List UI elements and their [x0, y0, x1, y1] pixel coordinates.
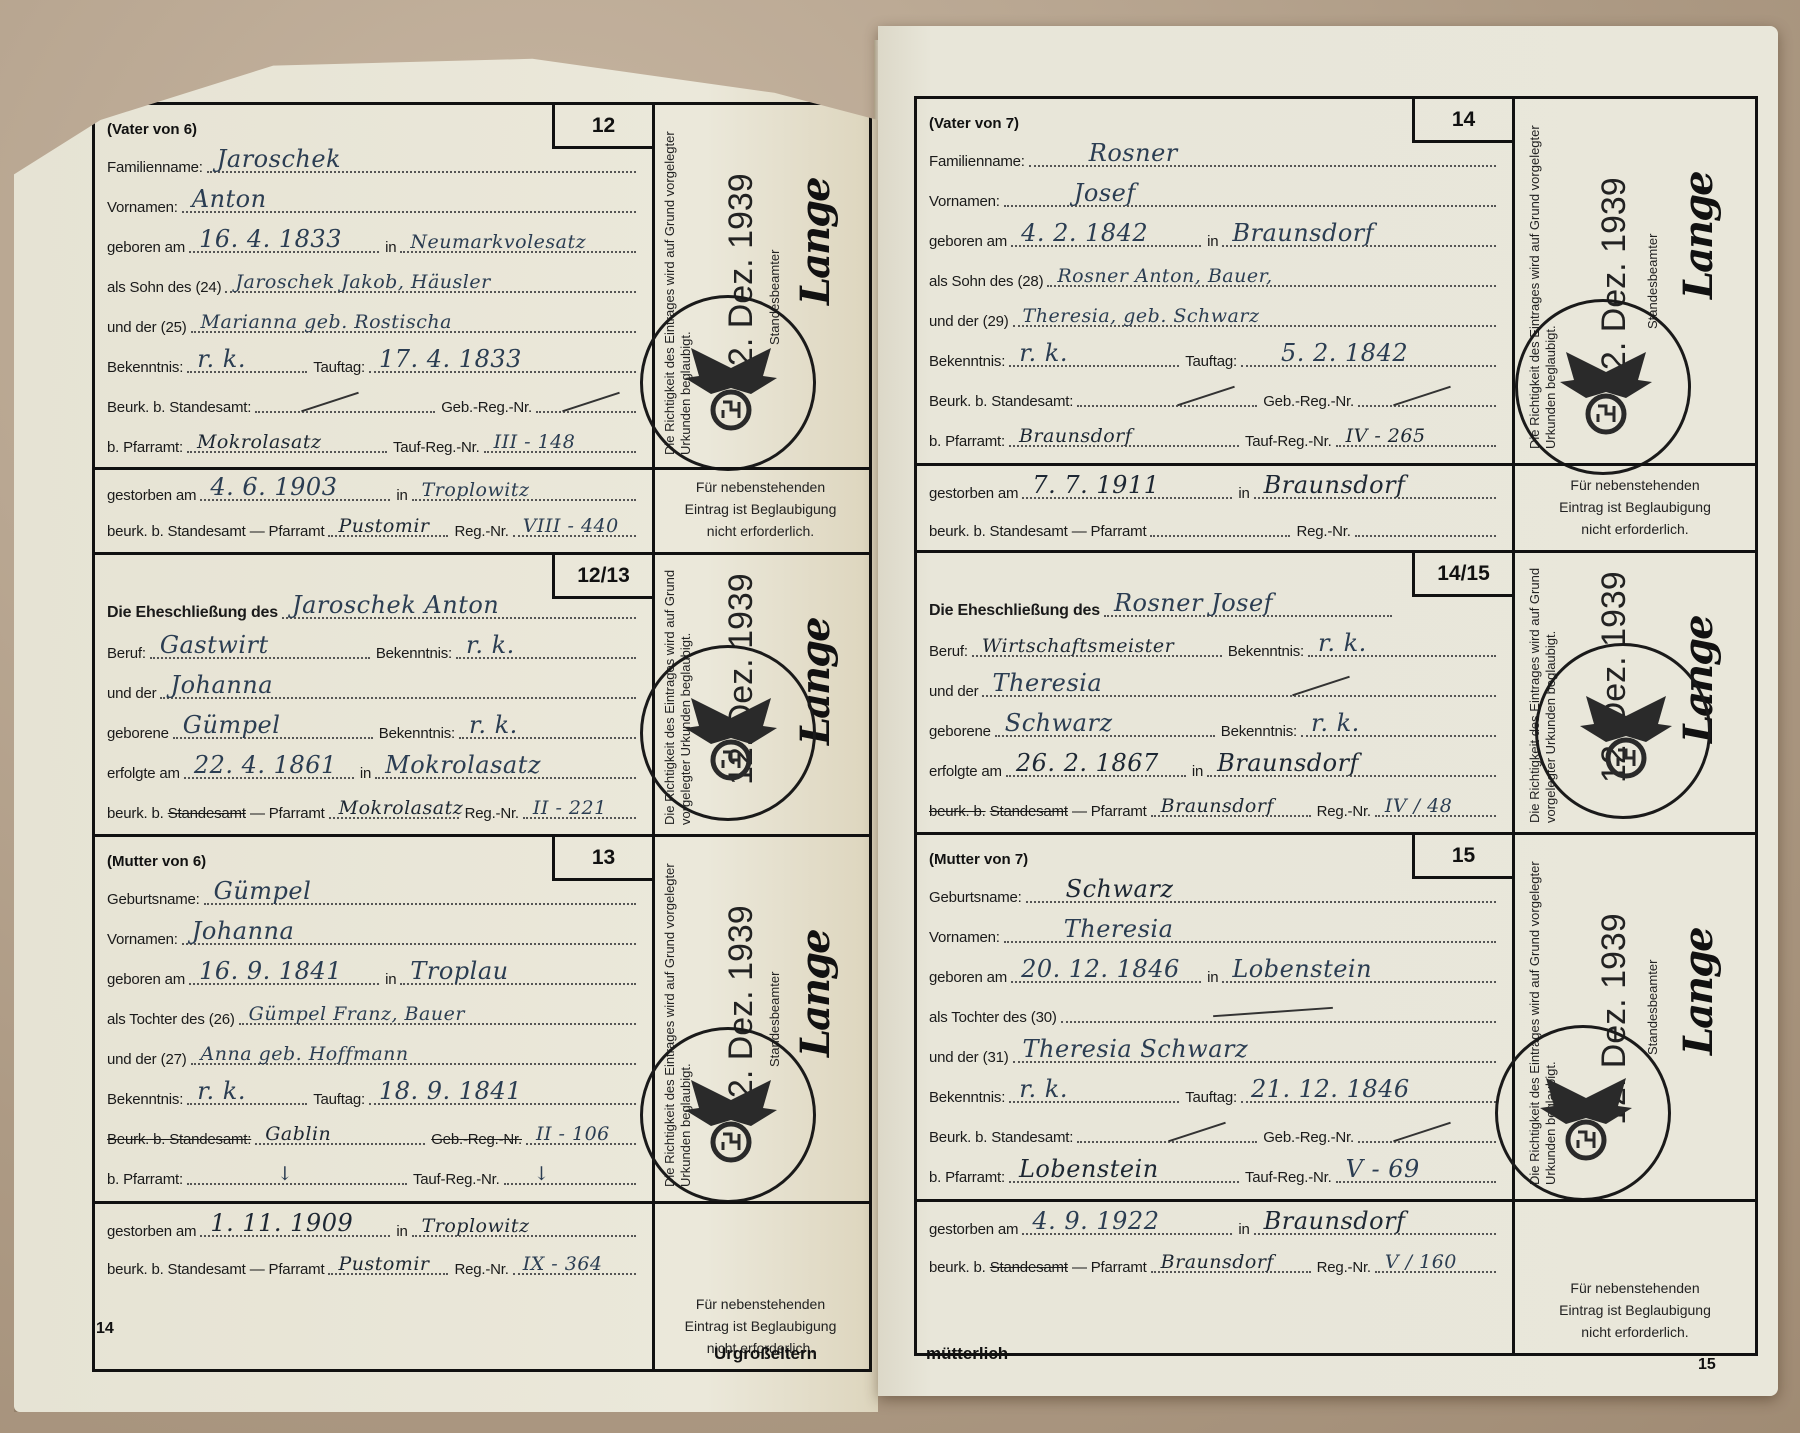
label: Tauftag: [313, 1091, 365, 1111]
handwritten-value: r. k. [197, 1077, 246, 1105]
field-line: Rosner Anton, Bauer, [1047, 263, 1496, 287]
handwritten-value: ↓ [534, 1163, 550, 1185]
blank-dash [1292, 676, 1350, 696]
label: Beruf: [929, 643, 968, 663]
form-right: 14 (Vater von 7) Familienname: Rosner Vo… [914, 96, 1758, 1356]
handwritten-value: 1. 11. 1909 [210, 1209, 353, 1237]
field-line: r. k. [187, 1081, 307, 1105]
handwritten-value: Josef [1074, 179, 1136, 207]
handwritten-value: Braunsdorf [1019, 425, 1132, 447]
handwritten-value: Troplowitz [422, 479, 530, 501]
label: Bekenntnis: [929, 353, 1005, 373]
field-line: Anton [182, 189, 636, 213]
handwritten-value: III - 148 [494, 431, 576, 453]
divider [652, 1201, 869, 1204]
label: in [396, 487, 407, 507]
label: Reg.-Nr. [454, 1261, 508, 1281]
field-line: Gablin [255, 1121, 425, 1145]
official-seal [1515, 299, 1691, 475]
handwritten-value: 16. 4. 1833 [199, 225, 342, 253]
field-line [1077, 383, 1257, 407]
label: Bekenntnis: [929, 1089, 1005, 1109]
field-line: Gümpel Franz, Bauer [239, 1001, 636, 1025]
handwritten-value: Braunsdorf [1161, 795, 1274, 817]
field-geboren: geboren am 16. 4. 1833 in Neumarkvolesat… [107, 229, 642, 259]
handwritten-value: r. k. [469, 711, 518, 739]
label: in [1192, 763, 1203, 783]
entry-heading: (Vater von 6) [107, 121, 197, 138]
field-geboren: geboren am 4. 2. 1842 in Braunsdorf [929, 223, 1502, 253]
label: Die Eheschließung des [929, 602, 1100, 623]
handwritten-value: 17. 4. 1833 [379, 345, 522, 373]
field-gestorben: gestorben am 4. 9. 1922 in Braunsdorf [929, 1211, 1502, 1241]
divider [95, 467, 652, 470]
handwritten-value: Gümpel Franz, Bauer [249, 1003, 465, 1025]
label: — Pfarramt [250, 523, 325, 543]
certification-column: Die Richtigkeit des Eintrages wird auf G… [652, 837, 869, 1369]
field-line: 16. 9. 1841 [189, 961, 379, 985]
handwritten-value: 4. 2. 1842 [1021, 219, 1148, 247]
entry-number: 12/13 [552, 555, 652, 599]
handwritten-value: Anna geb. Hoffmann [201, 1043, 409, 1065]
label: als Tochter des [929, 1009, 1027, 1029]
field-line: IV / 48 [1375, 793, 1496, 817]
field-beurk-death: beurk. b. Standesamt — Pfarramt Reg.-Nr. [929, 513, 1502, 543]
field-line: Wirtschaftsmeister [972, 633, 1222, 657]
label: beurk. b. [107, 805, 164, 825]
label: Vornamen: [929, 193, 1000, 213]
section-mother-13: 13 (Mutter von 6) Geburtsname: Gümpel Vo… [95, 837, 869, 1369]
field-bekenntnis: Bekenntnis: r. k. Tauftag: 5. 2. 1842 [929, 343, 1502, 373]
handwritten-value: Braunsdorf [1264, 1207, 1406, 1235]
ref-number: (31) [983, 1049, 1009, 1069]
certification-column: Die Richtigkeit des Eintrages wird auf G… [1515, 99, 1755, 550]
field-line [536, 389, 636, 413]
divider [652, 467, 869, 470]
field-geboren: geboren am 20. 12. 1846 in Lobenstein [929, 959, 1502, 989]
field-beurk: beurk. b. Standesamt — Pfarramt Braunsdo… [929, 793, 1502, 823]
handwritten-value: Schwarz [1066, 875, 1174, 903]
handwritten-value: Theresia [992, 669, 1102, 697]
field-line: Mokrolasatz [329, 795, 459, 819]
note-line: Für nebenstehenden [1515, 474, 1755, 496]
handwritten-value: Mokrolasatz [385, 751, 541, 779]
label: und der [929, 1049, 978, 1069]
handwritten-value: Pustomir [338, 515, 429, 537]
handwritten-value: Gümpel [214, 877, 312, 905]
label: als Tochter des [107, 1011, 205, 1031]
label: Geb.-Reg.-Nr. [441, 399, 532, 419]
field-vornamen: Vornamen: Johanna [107, 921, 642, 951]
field-line: Gastwirt [150, 635, 370, 659]
field-line: ↓ [504, 1161, 636, 1185]
label: Reg.-Nr. [454, 523, 508, 543]
label: b. Pfarramt: [929, 1169, 1005, 1189]
label: Vornamen: [107, 199, 178, 219]
field-line: r. k. [1009, 1079, 1179, 1103]
label: geboren am [107, 971, 185, 991]
entry-number: 14/15 [1412, 553, 1512, 597]
field-bekenntnis: Bekenntnis: r. k. Tauftag: 17. 4. 1833 [107, 349, 642, 379]
field-bekenntnis: Bekenntnis: r. k. Tauftag: 18. 9. 1841 [107, 1081, 642, 1111]
label: in [1207, 969, 1218, 989]
handwritten-value: Troplau [410, 957, 508, 985]
handwritten-value: Mokrolasatz [197, 431, 322, 453]
entry-number: 15 [1412, 835, 1512, 879]
handwritten-value: Jaroschek [217, 145, 341, 173]
field-line: Anna geb. Hoffmann [191, 1041, 636, 1065]
handwritten-value: Rosner [1089, 139, 1178, 167]
handwritten-value: Troplowitz [422, 1215, 530, 1237]
handwritten-value: 16. 9. 1841 [199, 957, 342, 985]
field-line: IV - 265 [1336, 423, 1496, 447]
field-line: Theresia Schwarz [1013, 1039, 1496, 1063]
label: Familienname: [107, 159, 203, 179]
label: in [360, 765, 371, 785]
field-vornamen: Vornamen: Josef [929, 183, 1502, 213]
handwritten-value: Rosner Anton, Bauer, [1057, 265, 1272, 287]
field-erfolgte: erfolgte am 22. 4. 1861 in Mokrolasatz [107, 755, 642, 785]
field-line: 4. 2. 1842 [1011, 223, 1201, 247]
eagle-emblem-icon [681, 1070, 781, 1166]
handwritten-value: IV / 48 [1385, 795, 1452, 817]
handwritten-value: Marianna geb. Rostischa [201, 311, 452, 333]
label: Vornamen: [929, 929, 1000, 949]
field-line: Schwarz [1026, 879, 1496, 903]
field-line: V / 160 [1375, 1249, 1496, 1273]
ref-number: (30) [1031, 1009, 1057, 1029]
divider [1515, 1199, 1755, 1202]
label: und der [929, 683, 978, 703]
handwritten-value: IV - 265 [1346, 425, 1426, 447]
field-line: Theresia [982, 673, 1496, 697]
field-sohn-des: als Sohn des (28) Rosner Anton, Bauer, [929, 263, 1502, 293]
label: beurk. b. Standesamt [107, 523, 246, 543]
field-eheschliessung: Die Eheschließung des Jaroschek Anton [107, 595, 642, 625]
official-seal [640, 295, 816, 471]
field-pfarramt: b. Pfarramt: ↓ Tauf-Reg.-Nr. ↓ [107, 1161, 642, 1191]
handwritten-value: Anton [192, 185, 267, 213]
field-line: 17. 4. 1833 [369, 349, 636, 373]
label: Beurk. b. Standesamt: [929, 393, 1073, 413]
handwritten-value: Jaroschek Jakob, Häusler [235, 271, 490, 293]
field-line: Troplau [400, 961, 636, 985]
page-number-left: 14 [96, 1320, 114, 1338]
handwritten-value: Theresia, geb. Schwarz [1023, 305, 1260, 327]
field-line: Johanna [160, 675, 636, 699]
note-line: nicht erforderlich. [1515, 1321, 1755, 1343]
label: — Pfarramt [250, 1261, 325, 1281]
field-gestorben: gestorben am 7. 7. 1911 in Braunsdorf [929, 475, 1502, 505]
label: Beruf: [107, 645, 146, 665]
field-standesamt: Beurk. b. Standesamt: Gablin Geb.-Reg.-N… [107, 1121, 642, 1151]
handwritten-value: ↓ [277, 1163, 293, 1185]
official-seal [1535, 643, 1711, 819]
field-line: Braunsdorf [1151, 793, 1311, 817]
field-line: Jaroschek [207, 149, 636, 173]
label: Familienname: [929, 153, 1025, 173]
entry-column: 12 (Vater von 6) Familienname: Jaroschek… [95, 105, 655, 552]
label: beurk. b. [929, 1259, 986, 1279]
no-certification-note: Für nebenstehenden Eintrag ist Beglaubig… [652, 476, 869, 542]
label: Tauftag: [313, 359, 365, 379]
label: Bekenntnis: [107, 1091, 183, 1111]
label: Bekenntnis: [376, 645, 452, 665]
handwritten-value: 20. 12. 1846 [1021, 955, 1180, 983]
label-struck: Geb.-Reg.-Nr. [431, 1131, 522, 1151]
field-line: Braunsdorf [1254, 475, 1496, 499]
label: — Pfarramt [250, 805, 325, 825]
field-line: Marianna geb. Rostischa [191, 309, 636, 333]
label: Bekenntnis: [1228, 643, 1304, 663]
handwritten-value: Neumarkvolesatz [410, 231, 586, 253]
eagle-emblem-icon [1576, 686, 1676, 782]
field-geboren: geboren am 16. 9. 1841 in Troplau [107, 961, 642, 991]
label-struck: beurk. b. [929, 803, 986, 823]
label: Geb.-Reg.-Nr. [1263, 393, 1354, 413]
field-beurk: beurk. b. Standesamt — Pfarramt Mokrolas… [107, 795, 642, 825]
label: geboren am [929, 233, 1007, 253]
field-line: V - 69 [1336, 1159, 1496, 1183]
section-marriage-12-13: 12/13 Die Eheschließung des Jaroschek An… [95, 555, 869, 837]
field-standesamt: Beurk. b. Standesamt: Geb.-Reg.-Nr. [929, 383, 1502, 413]
label: Reg.-Nr. [465, 805, 519, 825]
entry-number: 12 [552, 105, 652, 149]
field-line: 16. 4. 1833 [189, 229, 379, 253]
field-pfarramt: b. Pfarramt: Mokrolasatz Tauf-Reg.-Nr. I… [107, 429, 642, 459]
handwritten-value: 22. 4. 1861 [194, 751, 337, 779]
field-line [1077, 1119, 1257, 1143]
label: beurk. b. Standesamt [929, 523, 1068, 543]
field-vornamen: Vornamen: Anton [107, 189, 642, 219]
label: Tauftag: [1185, 353, 1237, 373]
eagle-emblem-icon [681, 688, 781, 784]
section-father-12: 12 (Vater von 6) Familienname: Jaroschek… [95, 105, 869, 555]
field-erfolgte: erfolgte am 26. 2. 1867 in Braunsdorf [929, 753, 1502, 783]
label: Geburtsname: [929, 889, 1022, 909]
ref-number: (28) [1018, 273, 1044, 293]
field-standesamt: Beurk. b. Standesamt: Geb.-Reg.-Nr. [929, 1119, 1502, 1149]
field-line: 26. 2. 1867 [1006, 753, 1186, 777]
field-line: Schwarz [995, 713, 1215, 737]
handwritten-value: Lobenstein [1019, 1155, 1159, 1183]
eagle-emblem-icon [681, 338, 781, 434]
handwritten-value: Braunsdorf [1232, 219, 1374, 247]
field-line: Rosner Josef [1104, 593, 1392, 617]
field-line: Gümpel [173, 715, 373, 739]
eagle-emblem-icon [1536, 1068, 1636, 1164]
field-beurk-death: beurk. b. Standesamt — Pfarramt Pustomir… [107, 513, 642, 543]
label-struck: Standesamt [990, 1259, 1068, 1279]
field-geburtsname: Geburtsname: Schwarz [929, 879, 1502, 909]
note-line: Für nebenstehenden [652, 1293, 869, 1315]
field-line: 18. 9. 1841 [369, 1081, 636, 1105]
entry-heading: (Mutter von 7) [929, 851, 1028, 868]
field-line: r. k. [456, 635, 636, 659]
note-line: Eintrag ist Beglaubigung [652, 1315, 869, 1337]
field-geborene: geborene Schwarz Bekenntnis: r. k. [929, 713, 1502, 743]
page-left: 12 (Vater von 6) Familienname: Jaroschek… [14, 52, 878, 1412]
label: Reg.-Nr. [1317, 1259, 1371, 1279]
certification-column: Die Richtigkeit des Eintrages wird auf G… [1515, 553, 1755, 832]
note-line: Eintrag ist Beglaubigung [1515, 496, 1755, 518]
label: und der [107, 319, 156, 339]
label: Bekenntnis: [1221, 723, 1297, 743]
handwritten-value: 26. 2. 1867 [1016, 749, 1159, 777]
field-line [1061, 999, 1496, 1023]
ref-number: (29) [983, 313, 1009, 333]
entry-number: 14 [1412, 99, 1512, 143]
note-line: nicht erforderlich. [652, 520, 869, 542]
field-line: r. k. [459, 715, 636, 739]
field-line: Theresia, geb. Schwarz [1013, 303, 1496, 327]
field-und-der: und der (31) Theresia Schwarz [929, 1039, 1502, 1069]
officer-label: Standesbeamter [1645, 139, 1661, 329]
field-line: Lobenstein [1009, 1159, 1239, 1183]
label: Reg.-Nr. [1296, 523, 1350, 543]
field-gestorben: gestorben am 4. 6. 1903 in Troplowitz [107, 477, 642, 507]
handwritten-value: r. k. [1318, 629, 1367, 657]
officer-label: Standesbeamter [1645, 865, 1661, 1055]
field-line [255, 389, 435, 413]
label: erfolgte am [929, 763, 1002, 783]
label: Beurk. b. Standesamt: [929, 1129, 1073, 1149]
eagle-emblem-icon [1556, 342, 1656, 438]
field-line: 7. 7. 1911 [1022, 475, 1232, 499]
handwritten-value: Gastwirt [160, 631, 269, 659]
field-line: 1. 11. 1909 [200, 1213, 390, 1237]
blank-dash [1168, 1122, 1226, 1142]
note-line: Für nebenstehenden [1515, 1277, 1755, 1299]
field-line: ↓ [187, 1161, 407, 1185]
label: b. Pfarramt: [107, 439, 183, 459]
field-und-der: und der (25) Marianna geb. Rostischa [107, 309, 642, 339]
handwritten-value: 21. 12. 1846 [1251, 1075, 1410, 1103]
label: geboren am [107, 239, 185, 259]
label: in [1238, 485, 1249, 505]
field-line: Braunsdorf [1009, 423, 1239, 447]
label: Bekenntnis: [379, 725, 455, 745]
blank-dash [1213, 1007, 1333, 1017]
handwritten-value: r. k. [1019, 1075, 1068, 1103]
ref-number: (25) [161, 319, 187, 339]
field-line [1355, 513, 1496, 537]
handwritten-value: Braunsdorf [1264, 471, 1406, 499]
page-number-right: 15 [1698, 1356, 1716, 1374]
page-right: 14 (Vater von 7) Familienname: Rosner Vo… [878, 26, 1778, 1396]
entry-column: 14/15 Die Eheschließung des Rosner Josef… [917, 553, 1515, 832]
note-line: nicht erforderlich. [1515, 518, 1755, 540]
label: Geb.-Reg.-Nr. [1263, 1129, 1354, 1149]
label: Tauf-Reg.-Nr. [413, 1171, 500, 1191]
field-line: Rosner [1029, 143, 1496, 167]
field-familienname: Familienname: Rosner [929, 143, 1502, 173]
entry-number: 13 [552, 837, 652, 881]
note-line: Eintrag ist Beglaubigung [652, 498, 869, 520]
field-line [1358, 383, 1496, 407]
label: — Pfarramt [1072, 523, 1147, 543]
handwritten-value: V - 69 [1346, 1155, 1420, 1183]
handwritten-value: 7. 7. 1911 [1032, 471, 1159, 499]
field-line: II - 221 [523, 795, 636, 819]
field-und-der: und der (27) Anna geb. Hoffmann [107, 1041, 642, 1071]
field-beurk-death: beurk. b. Standesamt — Pfarramt Pustomir… [107, 1251, 642, 1281]
label: als Sohn des [107, 279, 191, 299]
field-line: 4. 6. 1903 [200, 477, 390, 501]
field-line: II - 106 [526, 1121, 636, 1145]
certification-column: Die Richtigkeit des Eintrages wird auf G… [1515, 835, 1755, 1353]
signature: Lange [1675, 835, 1722, 1055]
field-bekenntnis: Bekenntnis: r. k. Tauftag: 21. 12. 1846 [929, 1079, 1502, 1109]
field-line: Gümpel [204, 881, 636, 905]
label: Tauf-Reg.-Nr. [1245, 1169, 1332, 1189]
handwritten-value: Johanna [170, 671, 273, 699]
label: und der [107, 1051, 156, 1071]
blank-dash [1177, 386, 1235, 406]
label: gestorben am [929, 485, 1018, 505]
label: Vornamen: [107, 931, 178, 951]
label: gestorben am [107, 487, 196, 507]
handwritten-value: Pustomir [338, 1253, 429, 1275]
label: Reg.-Nr. [1317, 803, 1371, 823]
label-struck: Standesamt [990, 803, 1068, 823]
field-line: Jaroschek Anton [282, 595, 636, 619]
field-beruf: Beruf: Gastwirt Bekenntnis: r. k. [107, 635, 642, 665]
field-line: Johanna [182, 921, 636, 945]
label: Tauf-Reg.-Nr. [393, 439, 480, 459]
label: als Sohn des [929, 273, 1013, 293]
field-gestorben: gestorben am 1. 11. 1909 in Troplowitz [107, 1213, 642, 1243]
field-line: Braunsdorf [1151, 1249, 1311, 1273]
field-pfarramt: b. Pfarramt: Braunsdorf Tauf-Reg.-Nr. IV… [929, 423, 1502, 453]
handwritten-value: 5. 2. 1842 [1281, 339, 1408, 367]
field-line: Jaroschek Jakob, Häusler [225, 269, 636, 293]
blank-dash [1394, 386, 1452, 406]
official-seal [640, 645, 816, 821]
handwritten-value: Theresia [1064, 915, 1174, 943]
ref-number: (24) [196, 279, 222, 299]
section-father-14: 14 (Vater von 7) Familienname: Rosner Vo… [917, 99, 1755, 553]
field-line: Lobenstein [1222, 959, 1496, 983]
field-familienname: Familienname: Jaroschek [107, 149, 642, 179]
section-marriage-14-15: 14/15 Die Eheschließung des Rosner Josef… [917, 553, 1755, 835]
label: Bekenntnis: [107, 359, 183, 379]
blank-dash [562, 392, 620, 412]
field-line: r. k. [1308, 633, 1496, 657]
label: — Pfarramt [1072, 803, 1147, 823]
handwritten-value: Lobenstein [1232, 955, 1372, 983]
handwritten-value: V / 160 [1385, 1251, 1457, 1273]
field-pfarramt: b. Pfarramt: Lobenstein Tauf-Reg.-Nr. V … [929, 1159, 1502, 1189]
ref-number: (27) [161, 1051, 187, 1071]
handwritten-value: Braunsdorf [1217, 749, 1359, 777]
divider [95, 1201, 652, 1204]
label: geboren am [929, 969, 1007, 989]
field-sohn-des: als Sohn des (24) Jaroschek Jakob, Häusl… [107, 269, 642, 299]
label-struck: Standesamt [168, 805, 246, 825]
blank-dash [1394, 1122, 1452, 1142]
field-line: Theresia [1004, 919, 1496, 943]
field-line: Troplowitz [412, 1213, 636, 1237]
label: und der [107, 685, 156, 705]
divider [917, 1199, 1512, 1202]
note-line: Für nebenstehenden [652, 476, 869, 498]
field-line: Troplowitz [412, 477, 636, 501]
handwritten-value: r. k. [1019, 339, 1068, 367]
field-beurk-death: beurk. b. Standesamt — Pfarramt Braunsdo… [929, 1249, 1502, 1279]
field-line: Mokrolasatz [375, 755, 636, 779]
field-line: 20. 12. 1846 [1011, 959, 1201, 983]
